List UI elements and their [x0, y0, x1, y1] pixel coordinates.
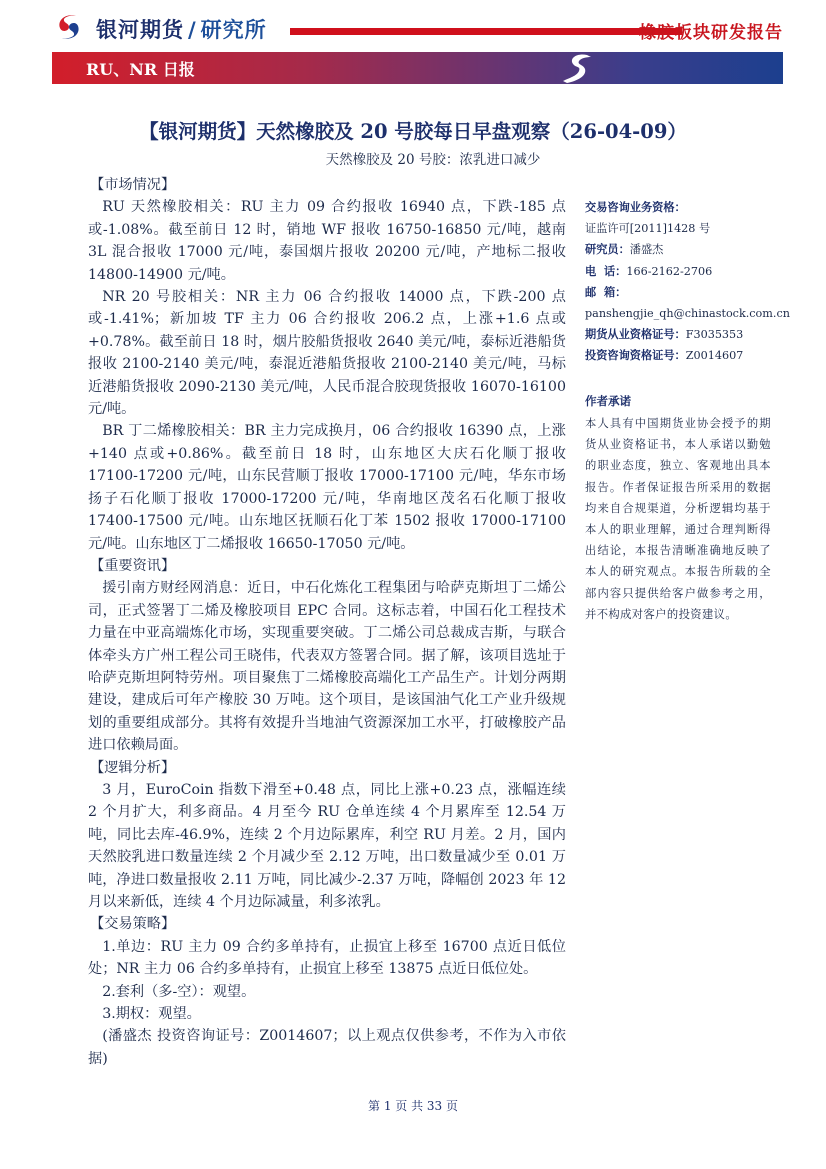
futures-cert-value: F3035353	[686, 328, 744, 341]
main-content: 【市场情况】 RU 天然橡胶相关：RU 主力 09 合约报收 16940 点，下…	[88, 174, 566, 1070]
strategy-item-options: 3.期权：观望。	[88, 1003, 566, 1025]
invest-cert-label: 投资咨询资格证号：	[585, 349, 686, 362]
author-commitment-text: 本人具有中国期货业协会授予的期货从业资格证书，本人承诺以勤勉的职业态度，独立、客…	[585, 413, 771, 625]
paragraph-logic: 3 月，EuroCoin 指数下滑至+0.48 点，同比上涨+0.23 点，涨幅…	[88, 779, 566, 913]
futures-cert-label: 期货从业资格证号：	[585, 328, 686, 341]
strategy-item-single: 1.单边：RU 主力 09 合约多单持有，止损宜上移至 16700 点近日低位处…	[88, 936, 566, 981]
paragraph-news-text: 援引南方财经网消息：近日，中石化炼化工程集团与哈萨克斯坦丁二烯公司，正式签署丁二…	[88, 580, 566, 753]
paragraph-logic-text: 3 月，EuroCoin 指数下滑至+0.48 点，同比上涨+0.23 点，涨幅…	[88, 782, 566, 910]
brand-logo-text: 银河期货/研究所	[96, 14, 267, 44]
section-heading-news: 【重要资讯】	[88, 555, 566, 577]
strategy-disclaimer: (潘盛杰 投资咨询证号：Z0014607；以上观点仅供参考，不作为入市依据)	[88, 1025, 566, 1070]
phone-label: 电 话：	[585, 265, 626, 278]
paragraph-news: 援引南方财经网消息：近日，中石化炼化工程集团与哈萨克斯坦丁二烯公司，正式签署丁二…	[88, 577, 566, 756]
page-number: 第 1 页 共 33 页	[0, 1097, 826, 1114]
invest-cert-value: Z0014607	[686, 349, 744, 362]
paragraph-nr-text: NR 20 号胶相关：NR 主力 06 合约报收 14000 点，下跌-200 …	[88, 289, 566, 417]
report-banner: RU、NR 日报	[52, 52, 783, 84]
swoosh-icon	[557, 52, 597, 84]
section-heading-strategy: 【交易策略】	[88, 913, 566, 935]
paragraph-br-text: BR 丁二烯橡胶相关：BR 主力完成换月，06 合约报收 16390 点，上涨+…	[88, 423, 566, 551]
institute-name: 研究所	[201, 18, 267, 42]
qualification-label: 交易咨询业务资格：	[585, 201, 686, 214]
galaxy-logo-icon	[54, 12, 84, 42]
report-header: 银河期货/研究所 橡胶板块研发报告 RU、NR 日报	[52, 8, 783, 82]
banner-title: RU、NR 日报	[86, 57, 195, 80]
researcher-label: 研究员：	[585, 243, 630, 256]
document-subtitle: 天然橡胶及 20 号胶：浓乳进口减少	[0, 148, 826, 168]
paragraph-nr: NR 20 号胶相关：NR 主力 06 合约报收 14000 点，下跌-200 …	[88, 286, 566, 420]
strategy-disclaimer-text: (潘盛杰 投资咨询证号：Z0014607；以上观点仅供参考，不作为入市依据)	[88, 1028, 566, 1066]
report-type-label: 橡胶板块研发报告	[639, 18, 783, 43]
paragraph-br: BR 丁二烯橡胶相关：BR 主力完成换月，06 合约报收 16390 点，上涨+…	[88, 420, 566, 554]
analyst-info-sidebar: 交易咨询业务资格： 证监许可[2011]1428 号 研究员：潘盛杰 电 话：1…	[585, 197, 773, 367]
strategy-item-options-text: 3.期权：观望。	[102, 1006, 201, 1022]
document-title: 【银河期货】天然橡胶及 20 号胶每日早盘观察（26-04-09）	[0, 116, 826, 144]
paragraph-ru: RU 天然橡胶相关：RU 主力 09 合约报收 16940 点，下跌-185 点…	[88, 196, 566, 286]
researcher-value: 潘盛杰	[630, 243, 664, 256]
email-link[interactable]: panshengjie_qh@chinastock.com.cn	[585, 307, 790, 320]
qualification-value: 证监许可[2011]1428 号	[585, 222, 710, 235]
strategy-item-arbitrage: 2.套利（多-空）：观望。	[88, 981, 566, 1003]
paragraph-ru-text: RU 天然橡胶相关：RU 主力 09 合约报收 16940 点，下跌-185 点…	[88, 199, 566, 282]
strategy-item-arbitrage-text: 2.套利（多-空）：观望。	[102, 984, 255, 1000]
section-heading-market: 【市场情况】	[88, 174, 566, 196]
email-label: 邮 箱：	[585, 286, 626, 299]
author-commitment-heading: 作者承诺	[585, 393, 631, 409]
header-red-rule	[290, 28, 682, 35]
phone-value: 166-2162-2706	[626, 265, 712, 278]
section-heading-logic: 【逻辑分析】	[88, 757, 566, 779]
brand-name: 银河期货	[96, 18, 184, 42]
strategy-item-single-text: 1.单边：RU 主力 09 合约多单持有，止损宜上移至 16700 点近日低位处…	[88, 939, 566, 977]
